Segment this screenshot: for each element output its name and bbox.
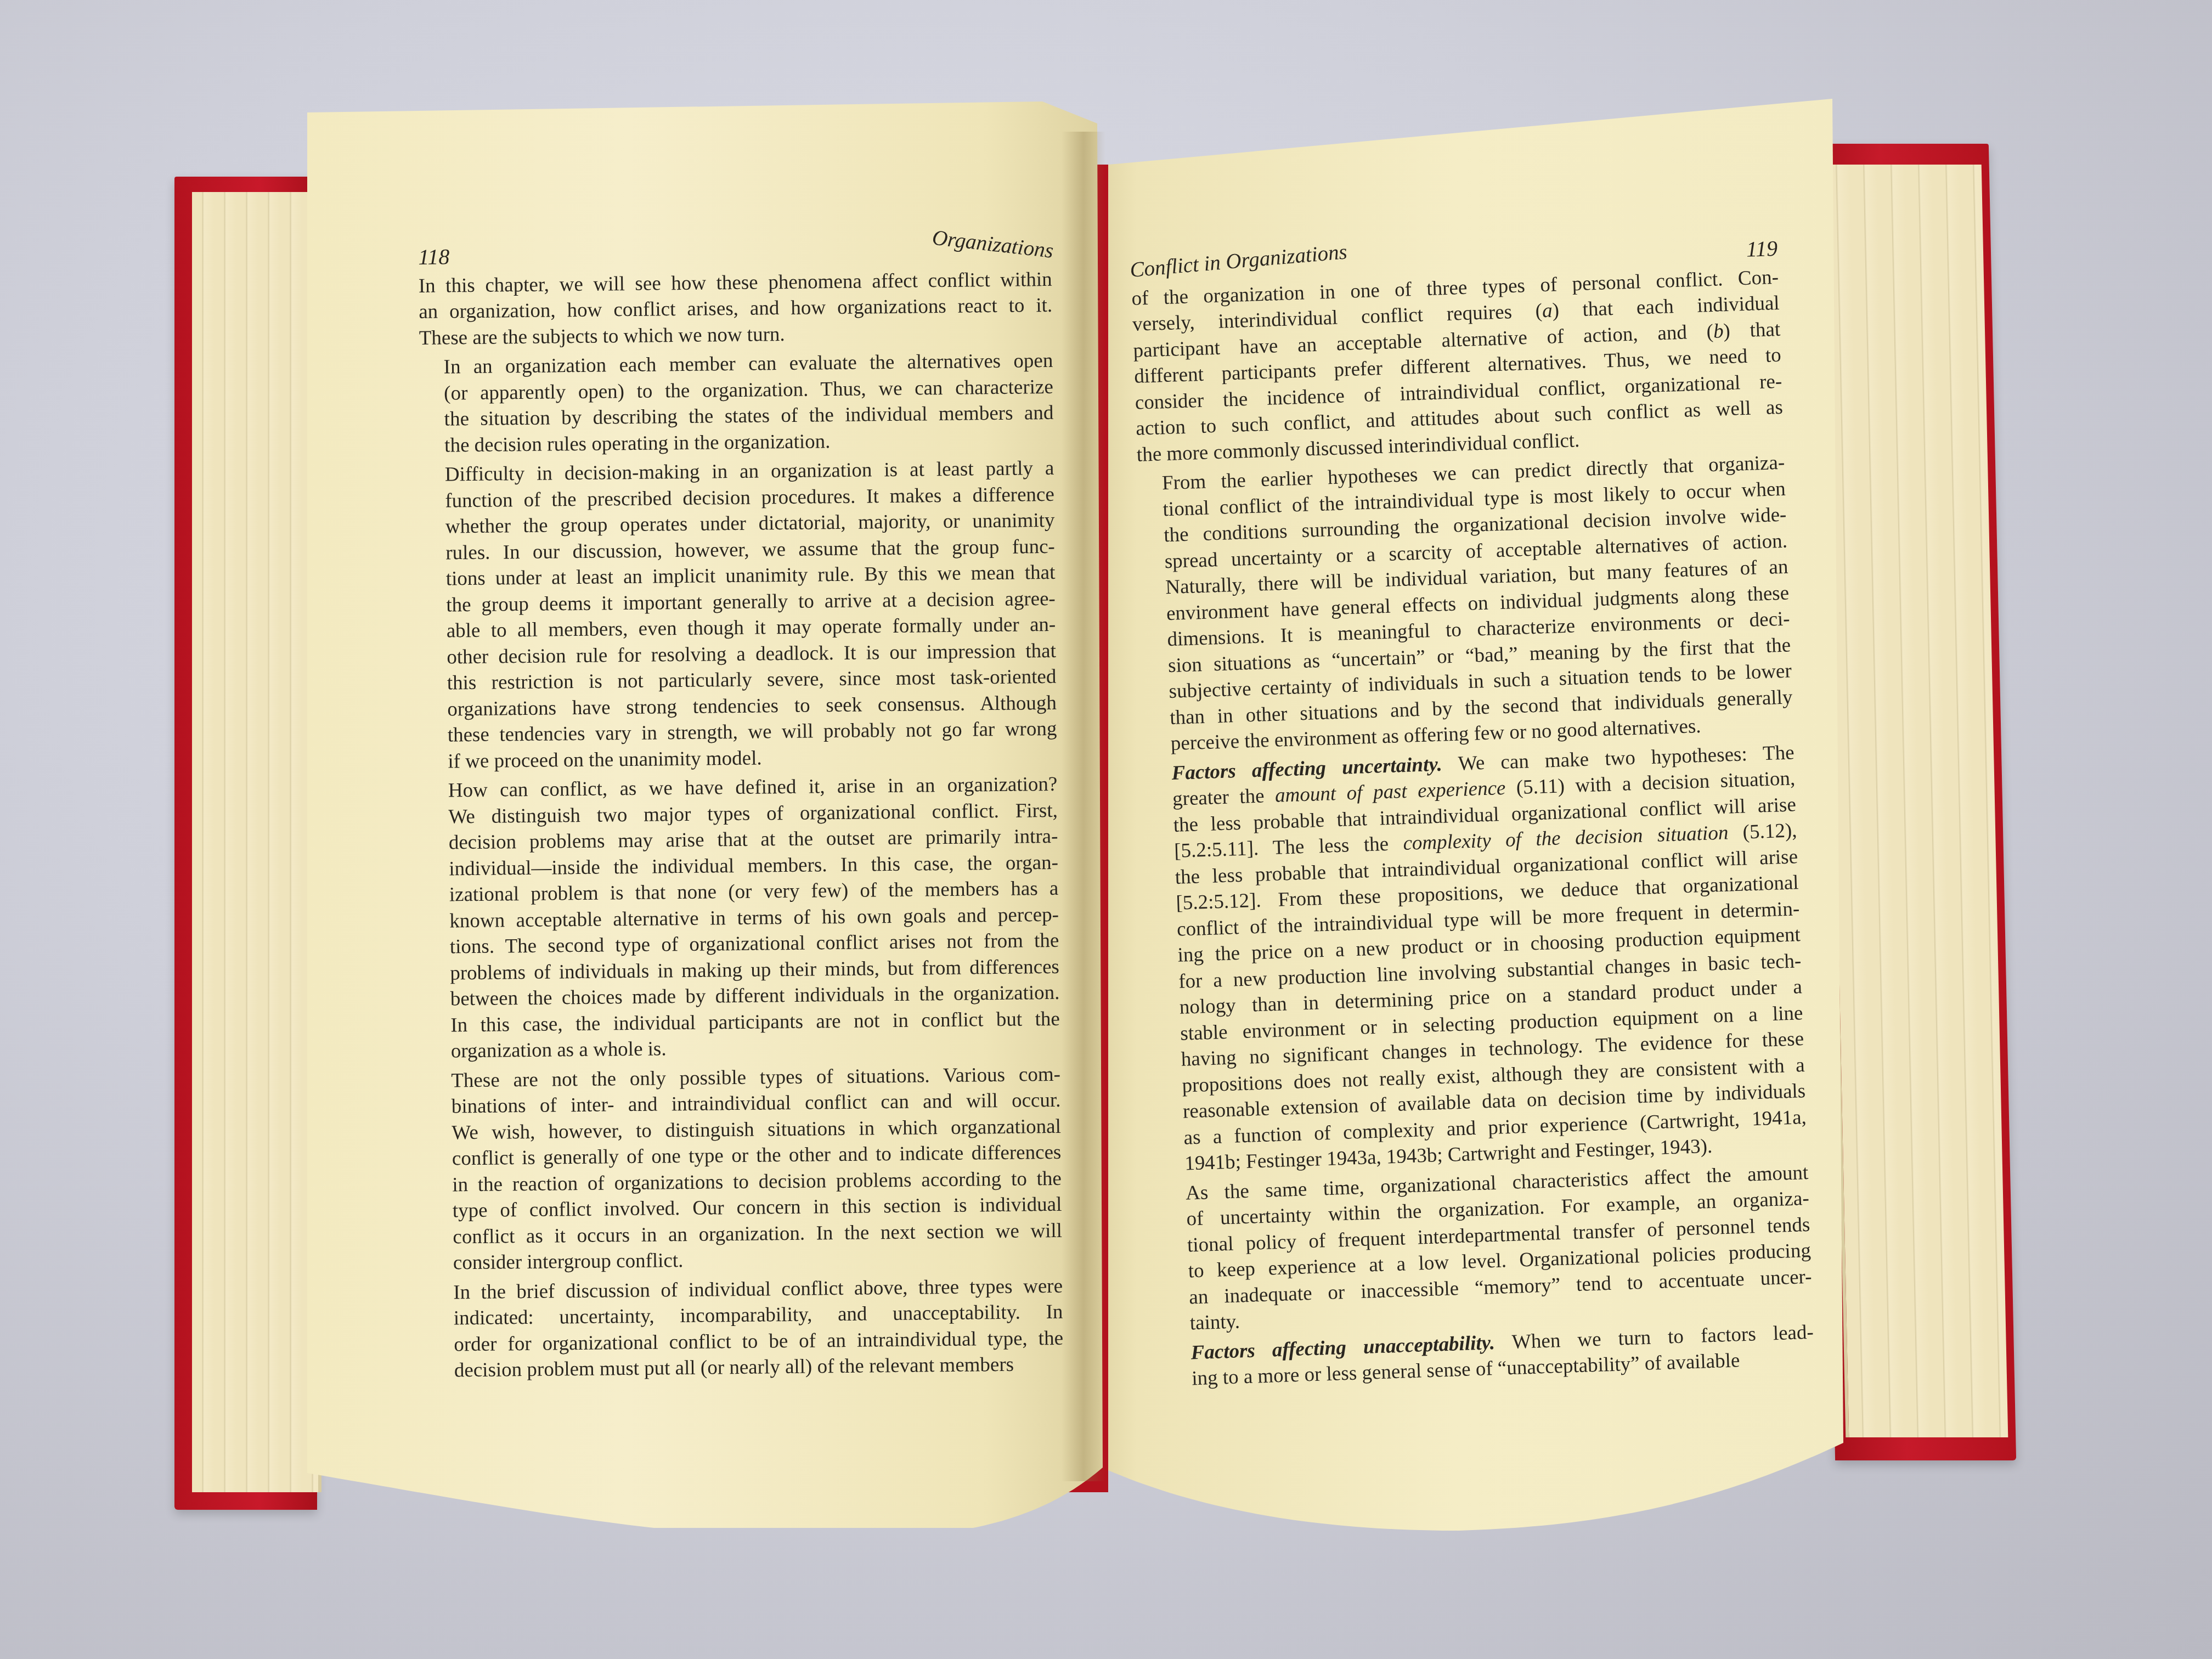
paragraph: Difficulty in decision-making in an orga… <box>420 455 1057 775</box>
paragraph: In this chapter, we will see how these p… <box>419 266 1053 351</box>
paragraph: In the brief discussion of individual co… <box>429 1273 1064 1384</box>
right-paragraphs: of the organization in one of three type… <box>1131 264 1815 1392</box>
photo-scene: 118 Organizations In this chapter, we wi… <box>0 0 2212 1659</box>
paragraph: These are not the only possible types of… <box>427 1061 1063 1276</box>
page-number: 118 <box>418 244 450 270</box>
paragraph: Factors affecting uncertainty. We can ma… <box>1147 740 1808 1178</box>
paragraph: In an organization each member can evalu… <box>419 348 1054 459</box>
page-stack-right <box>1819 165 2008 1437</box>
gutter-shadow <box>1062 132 1105 1481</box>
paragraph: From the earlier hypotheses we can predi… <box>1137 450 1794 758</box>
paragraph: of the organization in one of three type… <box>1131 264 1784 467</box>
left-paragraphs: In this chapter, we will see how these p… <box>419 266 1064 1384</box>
left-page-text: 118 Organizations In this chapter, we wi… <box>418 238 1064 1387</box>
page-number: 119 <box>1746 235 1778 262</box>
page-stack-left <box>192 192 321 1492</box>
paragraph: How can conflict, as we have defined it,… <box>424 771 1060 1065</box>
right-page-text: Conflict in Organizations 119 of the org… <box>1130 235 1815 1396</box>
paragraph: As the same time, organizational charact… <box>1161 1159 1813 1337</box>
